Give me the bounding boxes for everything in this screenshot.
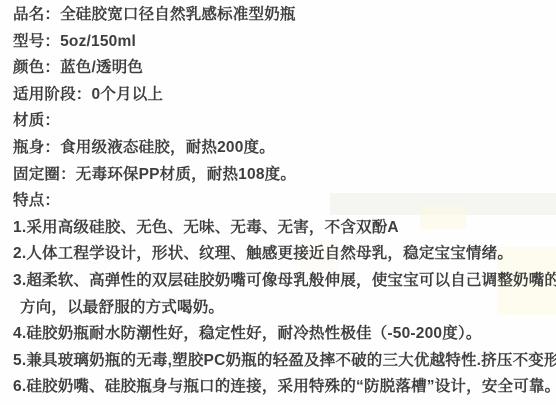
line-feature-6: 6.硅胶奶嘴、硅胶瓶身与瓶口的连接，采用特殊的“防脱落槽”设计，安全可靠。 [0, 374, 556, 401]
line-model: 型号：5oz/150ml [0, 29, 556, 56]
line-feature-4: 4.硅胶奶瓶耐水防潮性好，稳定性好，耐冷热性极佳（-50-200度）。 [0, 321, 556, 348]
line-material-header: 材质： [0, 108, 556, 135]
line-fixing-ring: 固定圈：无毒环保PP材质，耐热108度。 [0, 162, 556, 189]
line-product-name: 品名：全硅胶宽口径自然乳感标准型奶瓶 [0, 2, 556, 29]
line-feature-1: 1.采用高级硅胶、无色、无味、无毒、无害，不含双酚A [0, 215, 556, 242]
line-feature-3: 3.超柔软、高弹性的双层硅胶奶嘴可像母乳般伸展，使宝宝可以自己调整奶嘴的 [0, 268, 556, 295]
line-color: 颜色：蓝色/透明色 [0, 55, 556, 82]
line-features-header: 特点： [0, 188, 556, 215]
line-feature-3-continuation: 方向，以最舒服的方式喝奶。 [0, 295, 556, 322]
line-bottle-body: 瓶身：食用级液态硅胶，耐热200度。 [0, 135, 556, 162]
line-feature-2: 2.人体工程学设计，形状、纹理、触感更接近自然母乳，稳定宝宝情绪。 [0, 241, 556, 268]
product-spec-sheet: 品名：全硅胶宽口径自然乳感标准型奶瓶 型号：5oz/150ml 颜色：蓝色/透明… [0, 0, 556, 405]
line-age-range: 适用阶段：0个月以上 [0, 82, 556, 109]
line-feature-5: 5.兼具玻璃奶瓶的无毒,塑胶PC奶瓶的轻盈及摔不破的三大优越特性.挤压不变形。 [0, 348, 556, 375]
